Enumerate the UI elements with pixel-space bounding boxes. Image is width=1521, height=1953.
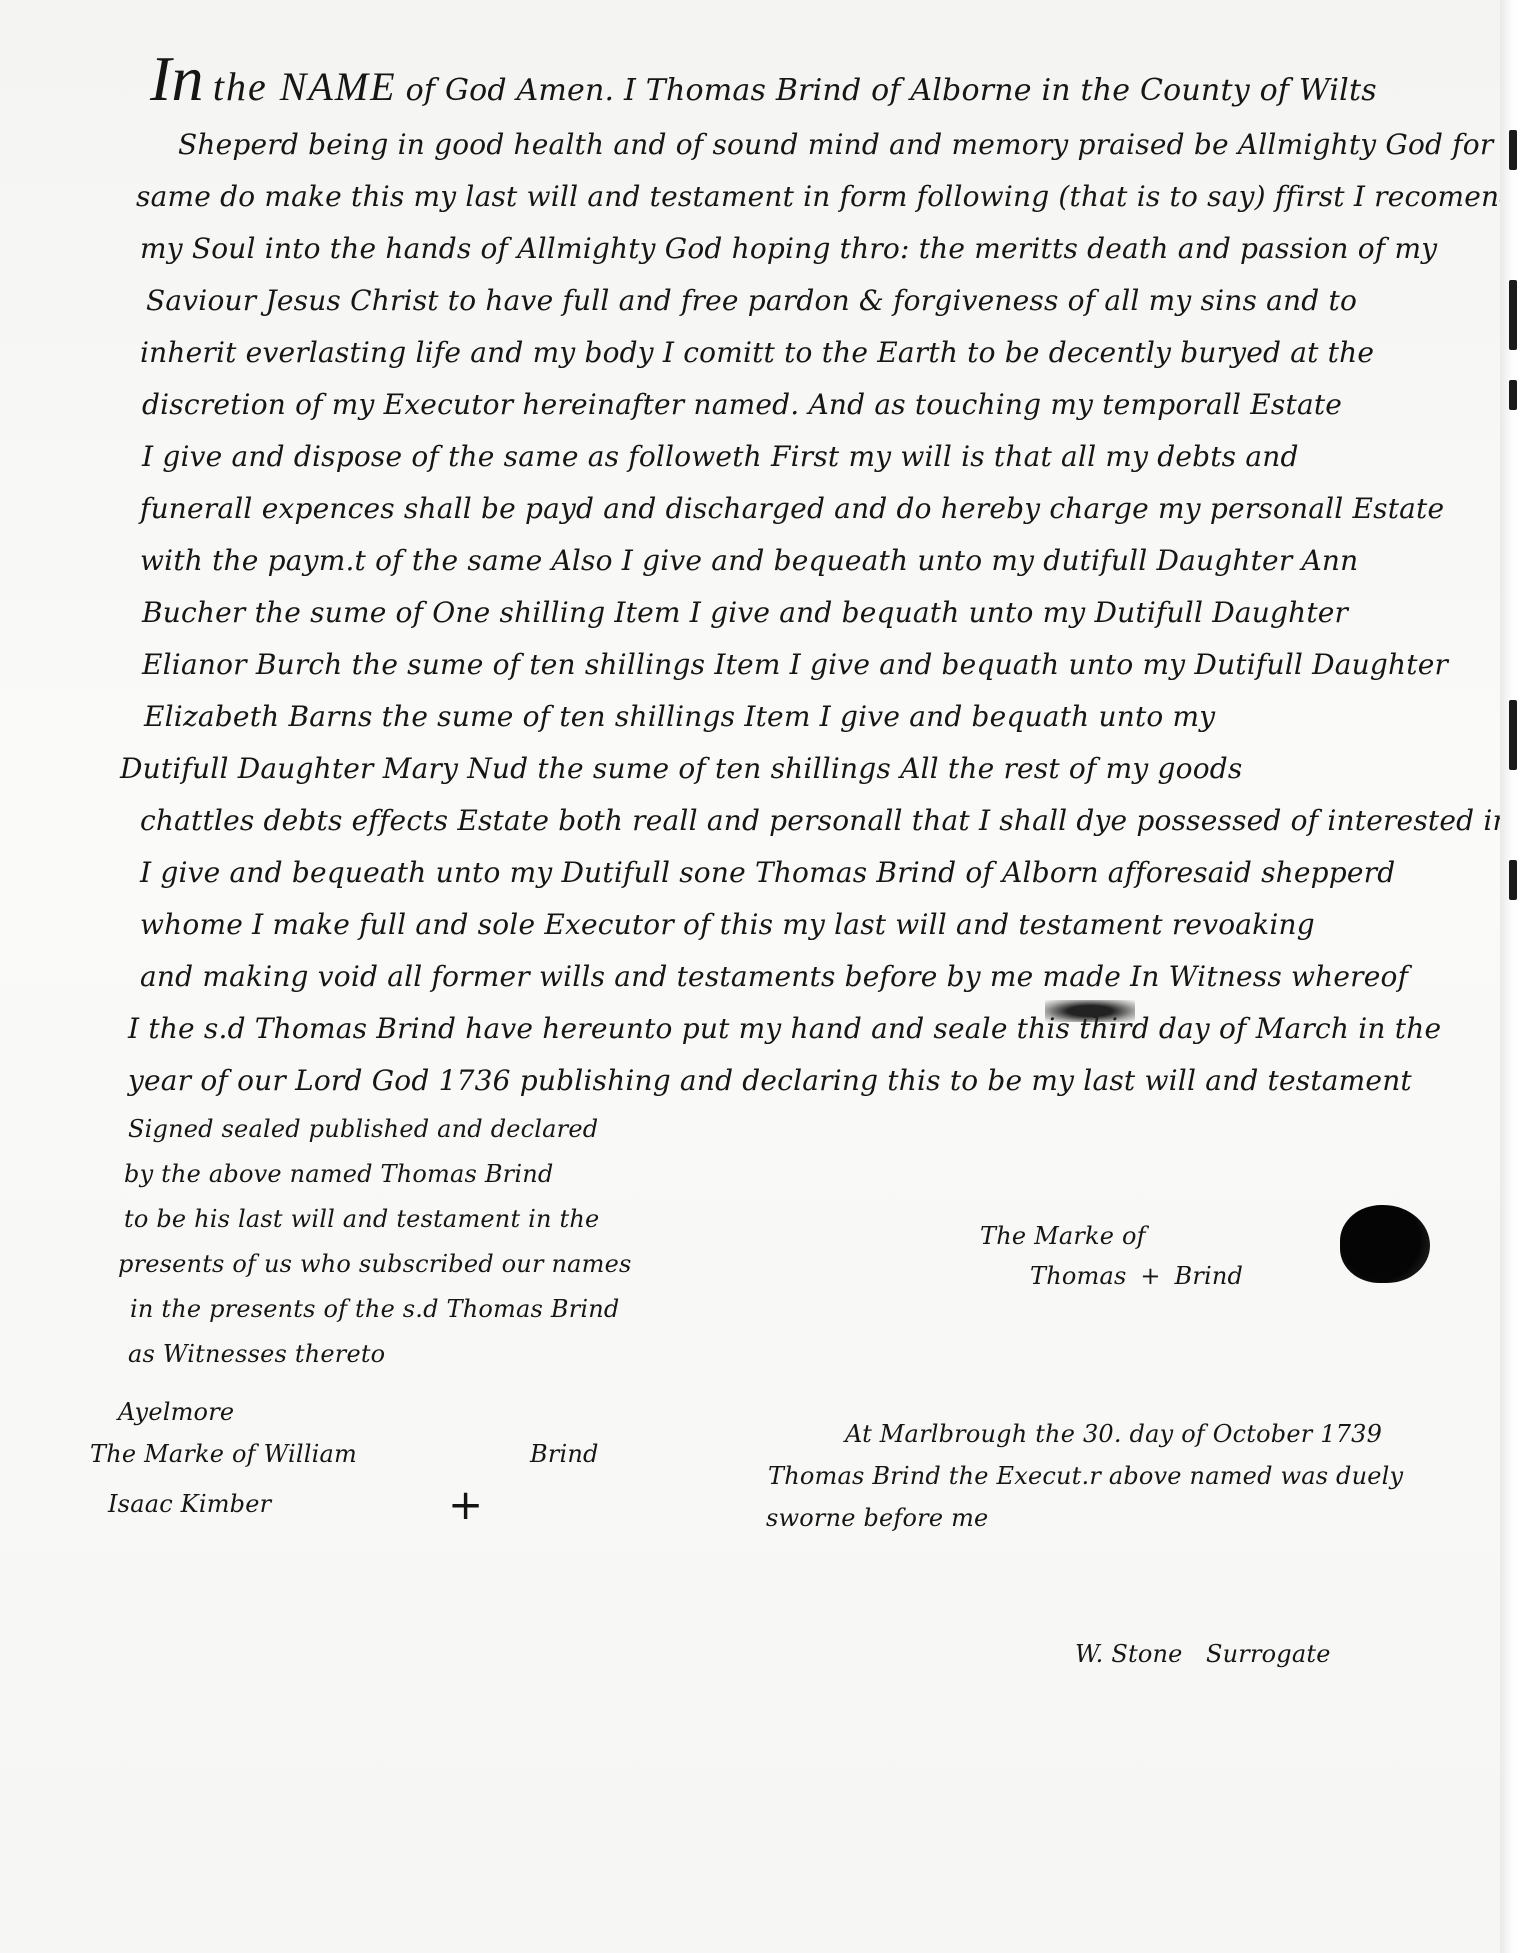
- body-line: Elianor Burch the sume of ten shillings …: [142, 648, 1448, 681]
- witness-signature: Ayelmore: [118, 1398, 234, 1426]
- attestation-line: presents of us who subscribed our names: [118, 1250, 632, 1278]
- witness-mark-surname: Brind: [530, 1440, 599, 1468]
- witness-mark-line: The Marke of William: [90, 1440, 357, 1468]
- body-line: discretion of my Executor hereinafter na…: [142, 388, 1342, 421]
- surrogate-signature: W. Stone Surrogate: [1075, 1640, 1331, 1668]
- body-line: Dutifull Daughter Mary Nud the sume of t…: [120, 752, 1242, 785]
- edge-mark: [1509, 280, 1517, 350]
- body-line: Bucher the sume of One shilling Item I g…: [142, 596, 1348, 629]
- mark-label: The Marke of: [980, 1222, 1146, 1250]
- heading-caps: the NAME: [213, 64, 397, 109]
- attestation-line: Signed sealed published and declared: [128, 1115, 598, 1143]
- witness-signature: Isaac Kimber: [108, 1490, 271, 1518]
- edge-mark: [1509, 380, 1517, 410]
- body-line: I give and bequeath unto my Dutifull son…: [140, 856, 1395, 889]
- body-line: Elizabeth Barns the sume of ten shilling…: [144, 700, 1215, 733]
- attestation-line: by the above named Thomas Brind: [124, 1160, 553, 1188]
- cross-mark-icon: +: [1140, 1262, 1160, 1290]
- body-line: I give and dispose of the same as follow…: [142, 440, 1299, 473]
- body-line: chattles debts effects Estate both reall…: [140, 804, 1511, 837]
- attestation-line: in the presents of the s.d Thomas Brind: [130, 1295, 619, 1323]
- will-heading: In the NAME of God Amen. I Thomas Brind …: [150, 42, 1377, 116]
- heading-rest: of God Amen. I Thomas Brind of Alborne i…: [406, 73, 1377, 108]
- edge-mark: [1509, 130, 1517, 170]
- edge-mark: [1509, 700, 1517, 770]
- body-line: same do make this my last will and testa…: [136, 180, 1517, 213]
- body-line: and making void all former wills and tes…: [140, 960, 1408, 993]
- attestation-line: as Witnesses thereto: [128, 1340, 385, 1368]
- ink-blot-struck-word: [1045, 1000, 1135, 1022]
- probate-line: At Marlbrough the 30. day of October 173…: [845, 1420, 1382, 1448]
- illuminated-initial: In: [150, 43, 204, 114]
- body-line: whome I make full and sole Executor of t…: [140, 908, 1315, 941]
- edge-mark: [1509, 860, 1517, 900]
- body-line: my Soul into the hands of Allmighty God …: [140, 232, 1437, 265]
- manuscript-page: In the NAME of God Amen. I Thomas Brind …: [0, 0, 1500, 1953]
- body-line: Saviour Jesus Christ to have full and fr…: [146, 284, 1357, 317]
- testator-name: Thomas + Brind: [1030, 1262, 1243, 1290]
- wax-seal-icon: [1340, 1205, 1430, 1283]
- body-line: inherit everlasting life and my body I c…: [140, 336, 1374, 369]
- body-line: funerall expences shall be payd and disc…: [140, 492, 1444, 525]
- witness-cross-mark-icon: +: [448, 1480, 483, 1529]
- probate-line: sworne before me: [766, 1504, 988, 1532]
- attestation-line: to be his last will and testament in the: [124, 1205, 599, 1233]
- body-line: Sheperd being in good health and of soun…: [178, 128, 1521, 161]
- body-line: I the s.d Thomas Brind have hereunto put…: [128, 1012, 1441, 1045]
- body-line: year of our Lord God 1736 publishing and…: [128, 1064, 1412, 1097]
- page-edge: [1500, 0, 1521, 1953]
- body-line: with the paym.t of the same Also I give …: [140, 544, 1358, 577]
- probate-line: Thomas Brind the Execut.r above named wa…: [768, 1462, 1403, 1490]
